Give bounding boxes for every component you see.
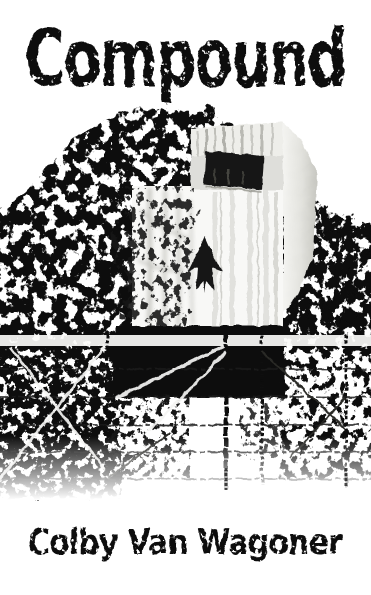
cover-artwork: Compound xyxy=(0,0,371,595)
book-title: Compound xyxy=(24,12,346,105)
book-cover: Compound xyxy=(0,0,371,595)
branch-speckle xyxy=(118,186,196,345)
gate-shadow xyxy=(113,344,285,398)
bunker-viewport xyxy=(204,151,264,192)
author-name: Colby Van Wagoner xyxy=(28,523,343,563)
bottom-fade xyxy=(0,436,371,500)
